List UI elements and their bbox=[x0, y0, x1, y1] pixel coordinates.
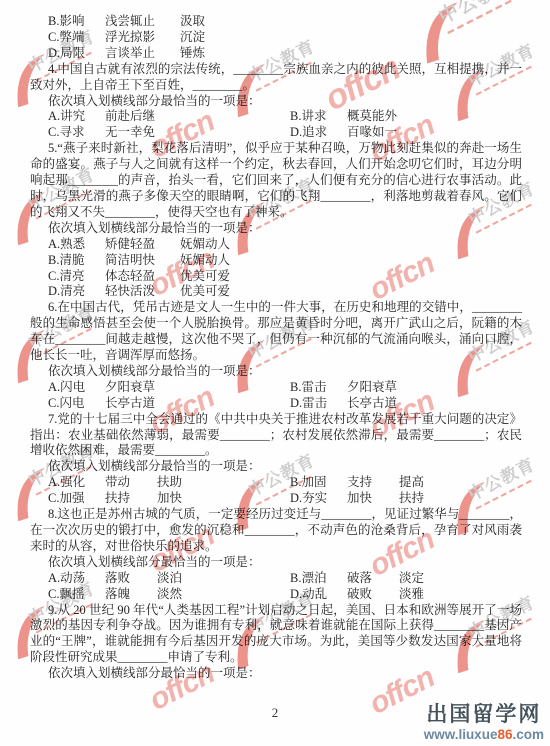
option-cell: D.动乱 bbox=[290, 587, 347, 603]
option-cell: A.动荡 bbox=[48, 571, 105, 587]
option-cell: 加快 bbox=[157, 491, 290, 507]
option-cell: A.闪电 bbox=[48, 380, 105, 396]
option-row: C.弊端浮光掠影沉淀 bbox=[30, 30, 522, 46]
option-cell: 优美可爱 bbox=[180, 269, 230, 285]
option-cell: 妩媚动人 bbox=[180, 237, 230, 253]
option-cell: 长亭古道 bbox=[105, 396, 290, 412]
option-cell: 支持 bbox=[347, 475, 399, 491]
option-cell: 简洁明快 bbox=[105, 253, 180, 269]
answer-prompt: 依次填入划横线部分最恰当的一项是： bbox=[30, 221, 522, 237]
question-paragraph: 6.在中国古代，凭吊古迹是文人一生中的一件大事，在历史和地理的交错中，_____… bbox=[30, 300, 522, 364]
option-cell: 淡然 bbox=[157, 587, 290, 603]
option-cell: 浅尝辄止 bbox=[105, 14, 180, 30]
option-cell: 淡定 bbox=[399, 571, 424, 587]
option-cell: 扶助 bbox=[157, 475, 290, 491]
document-content: B.影响浅尝辄止汲取C.弊端浮光掠影沉淀D.局限言谈举止锤炼4.中国自古就有浓烈… bbox=[30, 14, 522, 682]
option-row: B.影响浅尝辄止汲取 bbox=[30, 14, 522, 30]
option-cell: 落魄 bbox=[105, 587, 157, 603]
answer-prompt: 依次填入划横线部分最恰当的一项是： bbox=[30, 94, 522, 110]
option-row: D.清亮轻快活泼优美可爱 bbox=[30, 284, 522, 300]
option-cell: 扶持 bbox=[105, 491, 157, 507]
option-cell: 长亭古道 bbox=[347, 396, 397, 412]
option-cell: 淡泊 bbox=[157, 571, 290, 587]
question-paragraph: 4.中国自古就有浓烈的宗法传统，________宗族血亲之内的彼此关照，互相提携… bbox=[30, 62, 522, 94]
option-cell: D.夯实 bbox=[290, 491, 347, 507]
option-cell: 落败 bbox=[105, 571, 157, 587]
option-cell: 体态轻盈 bbox=[105, 269, 180, 285]
option-cell: 汲取 bbox=[180, 14, 205, 30]
option-cell: C.闪电 bbox=[48, 396, 105, 412]
option-cell: 前赴后继 bbox=[105, 109, 290, 125]
option-cell: B.清脆 bbox=[48, 253, 105, 269]
site-name: 出国留学网 bbox=[424, 698, 544, 728]
option-cell: C.飘摇 bbox=[48, 587, 105, 603]
option-cell: D.局限 bbox=[48, 46, 105, 62]
option-cell: D.清亮 bbox=[48, 284, 105, 300]
option-cell: A.强化 bbox=[48, 475, 105, 491]
option-cell: C.寻求 bbox=[48, 125, 105, 141]
option-cell: C.弊端 bbox=[48, 30, 105, 46]
option-cell: A.熟悉 bbox=[48, 237, 105, 253]
option-cell: C.加强 bbox=[48, 491, 105, 507]
option-cell: 妩媚动人 bbox=[180, 253, 230, 269]
option-cell: 无一幸免 bbox=[105, 125, 290, 141]
option-row: C.寻求无一幸免D.追求百喙如一 bbox=[30, 125, 522, 141]
option-cell: 提高 bbox=[399, 475, 424, 491]
option-cell: B.影响 bbox=[48, 14, 105, 30]
option-cell: 夕阳衰草 bbox=[105, 380, 290, 396]
site-url-suffix: .com bbox=[512, 727, 544, 742]
option-cell: D.雷击 bbox=[290, 396, 347, 412]
option-cell: B.加固 bbox=[290, 475, 347, 491]
question-paragraph: 7.党的十七届三中全会通过的《中共中央关于推进农村改革发展若干重大问题的决定》指… bbox=[30, 412, 522, 460]
question-paragraph: 9.从 20 世纪 90 年代“人类基因工程”计划启动之日起，美国、日本和欧洲等… bbox=[30, 603, 522, 667]
option-cell: 破败 bbox=[347, 587, 399, 603]
option-cell: 沉淀 bbox=[180, 30, 205, 46]
document-page: B.影响浅尝辄止汲取C.弊端浮光掠影沉淀D.局限言谈举止锤炼4.中国自古就有浓烈… bbox=[0, 0, 550, 746]
question-paragraph: 5.“燕子来时新社，梨花落后清明”，似乎应于某种召唤，万物此刻赶集似的奔赴一场生… bbox=[30, 141, 522, 221]
site-logo: 出国留学网 www.liuxue86.com bbox=[424, 698, 544, 742]
option-row: A.闪电夕阳衰草B.雷击夕阳衰草 bbox=[30, 380, 522, 396]
option-row: A.动荡落败淡泊B.漂泊破落淡定 bbox=[30, 571, 522, 587]
option-cell: B.漂泊 bbox=[290, 571, 347, 587]
answer-prompt: 依次填入划横线部分最恰当的一项是： bbox=[30, 364, 522, 380]
option-cell: 言谈举止 bbox=[105, 46, 180, 62]
option-row: A.讲究前赴后继B.讲求概莫能外 bbox=[30, 109, 522, 125]
option-cell: A.讲究 bbox=[48, 109, 105, 125]
site-url-prefix: www.liuxue bbox=[424, 727, 498, 742]
site-url-highlight: 86 bbox=[497, 727, 512, 742]
option-cell: C.清亮 bbox=[48, 269, 105, 285]
option-cell: 优美可爱 bbox=[180, 284, 230, 300]
option-row: C.清亮体态轻盈优美可爱 bbox=[30, 269, 522, 285]
question-paragraph: 8.这也正是苏州古城的气质，一定要经历过变迁与________，见证过繁华与__… bbox=[30, 507, 522, 555]
option-cell: 破落 bbox=[347, 571, 399, 587]
option-cell: 锤炼 bbox=[180, 46, 205, 62]
site-url: www.liuxue86.com bbox=[424, 727, 544, 742]
answer-prompt: 依次填入划横线部分最恰当的一项是： bbox=[30, 666, 522, 682]
answer-prompt: 依次填入划横线部分最恰当的一项是： bbox=[30, 555, 522, 571]
option-cell: 淡雅 bbox=[399, 587, 424, 603]
answer-prompt: 依次填入划横线部分最恰当的一项是： bbox=[30, 459, 522, 475]
option-cell: B.雷击 bbox=[290, 380, 347, 396]
option-cell: 扶持 bbox=[399, 491, 424, 507]
option-row: C.加强扶持加快D.夯实加快扶持 bbox=[30, 491, 522, 507]
option-row: C.闪电长亭古道D.雷击长亭古道 bbox=[30, 396, 522, 412]
option-row: B.清脆简洁明快妩媚动人 bbox=[30, 253, 522, 269]
option-cell: 带动 bbox=[105, 475, 157, 491]
option-row: D.局限言谈举止锤炼 bbox=[30, 46, 522, 62]
option-cell: D.追求 bbox=[290, 125, 347, 141]
option-cell: 矫健轻盈 bbox=[105, 237, 180, 253]
option-cell: 加快 bbox=[347, 491, 399, 507]
option-row: A.强化带动扶助B.加固支持提高 bbox=[30, 475, 522, 491]
option-cell: 百喙如一 bbox=[347, 125, 397, 141]
option-cell: B.讲求 bbox=[290, 109, 347, 125]
option-row: A.熟悉矫健轻盈妩媚动人 bbox=[30, 237, 522, 253]
option-cell: 浮光掠影 bbox=[105, 30, 180, 46]
option-cell: 轻快活泼 bbox=[105, 284, 180, 300]
option-row: C.飘摇落魄淡然D.动乱破败淡雅 bbox=[30, 587, 522, 603]
option-cell: 夕阳衰草 bbox=[347, 380, 397, 396]
option-cell: 概莫能外 bbox=[347, 109, 397, 125]
